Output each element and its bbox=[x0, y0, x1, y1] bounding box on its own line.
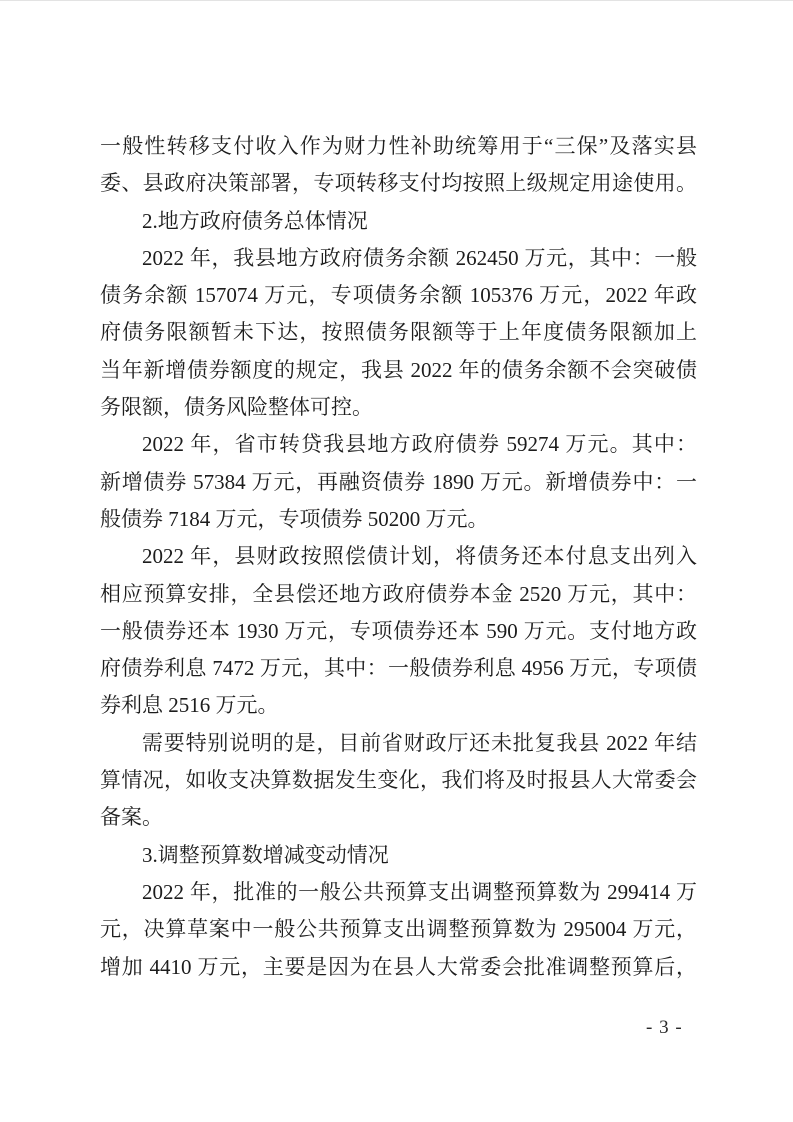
text-line: 府债务限额暂未下达，按照债务限额等于上年度债务限额加上 bbox=[100, 314, 697, 351]
text-line: 委、县政府决策部署，专项转移支付均按照上级规定用途使用。 bbox=[100, 165, 697, 202]
text-line: 2022 年，省市转贷我县地方政府债券 59274 万元。其中： bbox=[100, 426, 697, 463]
text-line: 债务余额 157074 万元，专项债务余额 105376 万元，2022 年政 bbox=[100, 277, 697, 314]
text-line: 新增债券 57384 万元，再融资债券 1890 万元。新增债券中：一 bbox=[100, 464, 697, 501]
page-number: - 3 - bbox=[646, 1014, 683, 1042]
document-body: 一般性转移支付收入作为财力性补助统筹用于“三保”及落实县委、县政府决策部署，专项… bbox=[100, 128, 697, 986]
text-line: 一般债券还本 1930 万元，专项债券还本 590 万元。支付地方政 bbox=[100, 613, 697, 650]
text-line: 当年新增债券额度的规定，我县 2022 年的债务余额不会突破债 bbox=[100, 352, 697, 389]
text-line: 府债券利息 7472 万元，其中：一般债券利息 4956 万元，专项债 bbox=[100, 650, 697, 687]
text-line: 3.调整预算数增减变动情况 bbox=[100, 837, 697, 874]
text-line: 算情况，如收支决算数据发生变化，我们将及时报县人大常委会 bbox=[100, 762, 697, 799]
text-line: 2022 年，我县地方政府债务余额 262450 万元，其中：一般 bbox=[100, 240, 697, 277]
text-line: 需要特别说明的是，目前省财政厅还未批复我县 2022 年结 bbox=[100, 725, 697, 762]
text-line: 务限额，债务风险整体可控。 bbox=[100, 389, 697, 426]
text-line: 元，决算草案中一般公共预算支出调整预算数为 295004 万元， bbox=[100, 911, 697, 948]
document-page: 一般性转移支付收入作为财力性补助统筹用于“三保”及落实县委、县政府决策部署，专项… bbox=[0, 0, 793, 1122]
text-line: 券利息 2516 万元。 bbox=[100, 687, 697, 724]
text-line: 2.地方政府债务总体情况 bbox=[100, 203, 697, 240]
text-line: 一般性转移支付收入作为财力性补助统筹用于“三保”及落实县 bbox=[100, 128, 697, 165]
text-line: 般债券 7184 万元，专项债券 50200 万元。 bbox=[100, 501, 697, 538]
text-line: 2022 年，县财政按照偿债计划，将债务还本付息支出列入 bbox=[100, 538, 697, 575]
text-line: 2022 年，批准的一般公共预算支出调整预算数为 299414 万 bbox=[100, 874, 697, 911]
text-line: 备案。 bbox=[100, 799, 697, 836]
text-line: 增加 4410 万元，主要是因为在县人大常委会批准调整预算后， bbox=[100, 949, 697, 986]
text-line: 相应预算安排，全县偿还地方政府债券本金 2520 万元，其中： bbox=[100, 576, 697, 613]
